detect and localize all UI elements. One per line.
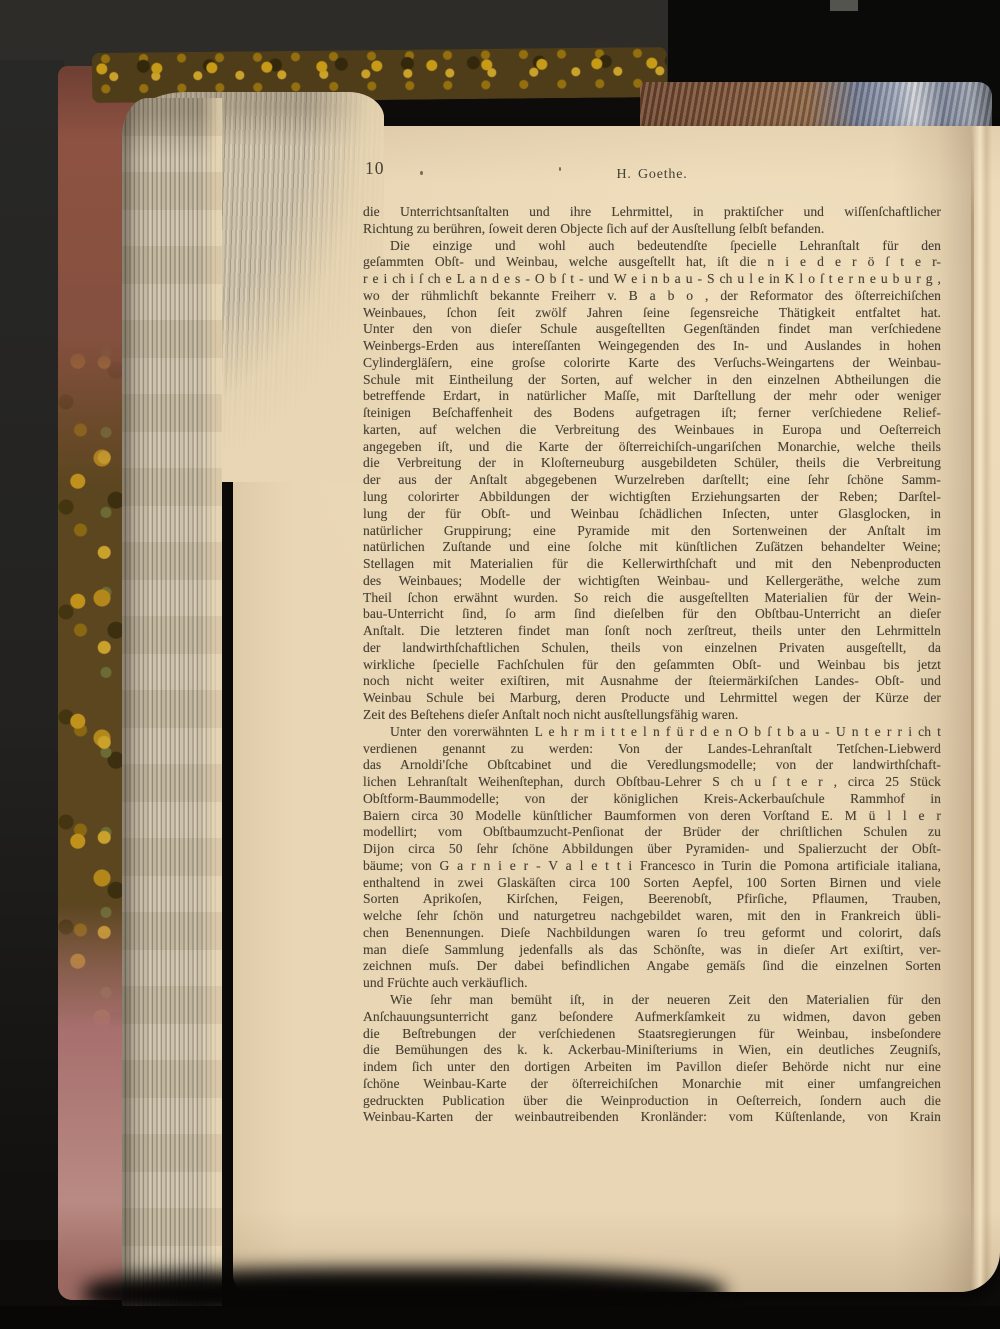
paper-speck [420,171,423,175]
text-line: Cylindergläſern, eine groſse colorirte K… [363,355,941,372]
text-line: zeichnen muſs. Der dabei befindlichen An… [363,958,941,975]
text-line: Anſchauungsunterricht ganz beſondere Auf… [363,1009,941,1026]
text-line: geſammten Obſt- und Weinbau, welche ausg… [363,254,941,271]
text-line: lung der für Obſt- und Weinbau ſchädlich… [363,506,941,523]
text-line: indem ſich unter den dortigen Arbeiten i… [363,1059,941,1076]
text-line: natürlichen Zuſtande und eine ſolche mit… [363,539,941,556]
text-line: Zeit des Beſtehens dieſer Anſtalt noch n… [363,707,941,724]
text-line: Weinbergs-Erden aus intereſſanten Weinge… [363,338,941,355]
text-line: des Weinbaues; Modelle der wichtigſten W… [363,573,941,590]
text-line: noch nicht weiter exiſtiren, mit Ausnahm… [363,673,941,690]
text-line: verdienen genannt zu werden: Von der Lan… [363,741,941,758]
text-line: ſchöne Weinbau-Karte der öſterreichiſche… [363,1076,941,1093]
text-line: modellirt; vom Obſtbaumzucht-Penſionat d… [363,824,941,841]
text-line: gedruckten Publication über die Weinprod… [363,1093,941,1110]
text-line: Weinbaues, ſchon ſeit zwölf Jahren ſeine… [363,305,941,322]
text-line: karten, auf welchen die Verbreitung des … [363,422,941,439]
text-line: ſteinigen Beſchaffenheit des Bodens aufg… [363,405,941,422]
text-line: Theil ſchon erwähnt wurden. So reich die… [363,590,941,607]
text-line: Wie ſehr man bemüht iſt, in der neueren … [363,992,941,1009]
text-line: und Früchte auch verkäuflich. [363,975,941,992]
text-line: die Verbreitung der in Kloſterneuburg au… [363,455,941,472]
book-scan: 10 H. Goethe. die Unterrichtsanſtalten u… [0,0,1000,1329]
text-line: die Beſtrebungen der verſchiedenen Staat… [363,1026,941,1043]
scanner-background-bottom [0,1306,1000,1329]
paper-speck [559,167,561,171]
text-line: bäume; von G a r n i e r - V a l e t t i… [363,858,941,875]
page-stack-edges [122,98,222,1310]
text-line: das Arnoldi'ſche Obſtcabinet und die Ver… [363,757,941,774]
text-line: chen Benennungen. Dieſe Nachbildungen wa… [363,925,941,942]
page-gutter-crease [971,130,974,1280]
text-line: lichen Lehranſtalt Weihenſtephan, durch … [363,774,941,791]
text-line: Die einzige und wohl auch bedeutendſte ſ… [363,238,941,255]
text-line: Unter den vorerwähnten L e h r m i t t e… [363,724,941,741]
text-line: der landwirthſchaftlichen Schulen, theil… [363,640,941,657]
text-line: Richtung zu berühren, ſoweit deren Objec… [363,221,941,238]
text-line: Weinbau-Karten der weinbautreibenden Kro… [363,1109,941,1126]
text-line: Weinbau Schule bei Marburg, deren Produc… [363,690,941,707]
text-line: wirkliche ſpecielle Fachſchulen für den … [363,657,941,674]
text-line: welche ſehr ſchön und naturgetreu nachge… [363,908,941,925]
running-header: H. Goethe. [363,167,941,183]
text-line: enthaltend in zwei Glaskäſten circa 100 … [363,875,941,892]
text-line: Obſtform-Baummodelle; von der königliche… [363,791,941,808]
text-line: Unter den von dieſer Schule ausgeſtellte… [363,321,941,338]
text-line: betreffende Erdart, in natürlicher Maſſe… [363,388,941,405]
text-line: wo der rühmlichſt bekannte Freiherr v. B… [363,288,941,305]
printed-text-layer: 10 H. Goethe. die Unterrichtsanſtalten u… [363,158,941,1158]
text-line: die Unterrichtsanſtalten und ihre Lehrmi… [363,204,941,221]
text-line: Sorten Aprikoſen, Kirſchen, Feigen, Beer… [363,891,941,908]
text-line: Schule mit Eintheilung der Sorten, auf w… [363,372,941,389]
text-line: Dijon circa 50 ſehr ſchöne Abbildungen ü… [363,841,941,858]
text-line: angegeben iſt, und die Karte der öſterre… [363,439,941,456]
text-line: der aus der Anſtalt abgegebenen Wurzelre… [363,472,941,489]
text-line: bau-Unterricht ſind, ſo arm ſind dieſelb… [363,606,941,623]
text-line: Anſtalt. Die letzteren findet man ſonſt … [363,623,941,640]
text-body: die Unterrichtsanſtalten und ihre Lehrmi… [363,204,941,1126]
scanner-background-left [0,60,64,1240]
text-line: Stellagen mit Materialien für die Keller… [363,556,941,573]
text-line: lung colorirter Abbildungen der wichtigſ… [363,489,941,506]
text-line: Baiern circa 30 Modelle künſtlicher Baum… [363,808,941,825]
text-line: die Bemühungen des k. k. Ackerbau-Miniſt… [363,1042,941,1059]
text-line: man dieſe Sammlung jedenfalls als das Sc… [363,942,941,959]
text-line: natürlicher Gruppirung; eine Pyramide mi… [363,523,941,540]
scanner-edge-notch [830,0,858,11]
text-line: r e i ch i ſ ch e L a n d e s - O b ſ t … [363,271,941,288]
